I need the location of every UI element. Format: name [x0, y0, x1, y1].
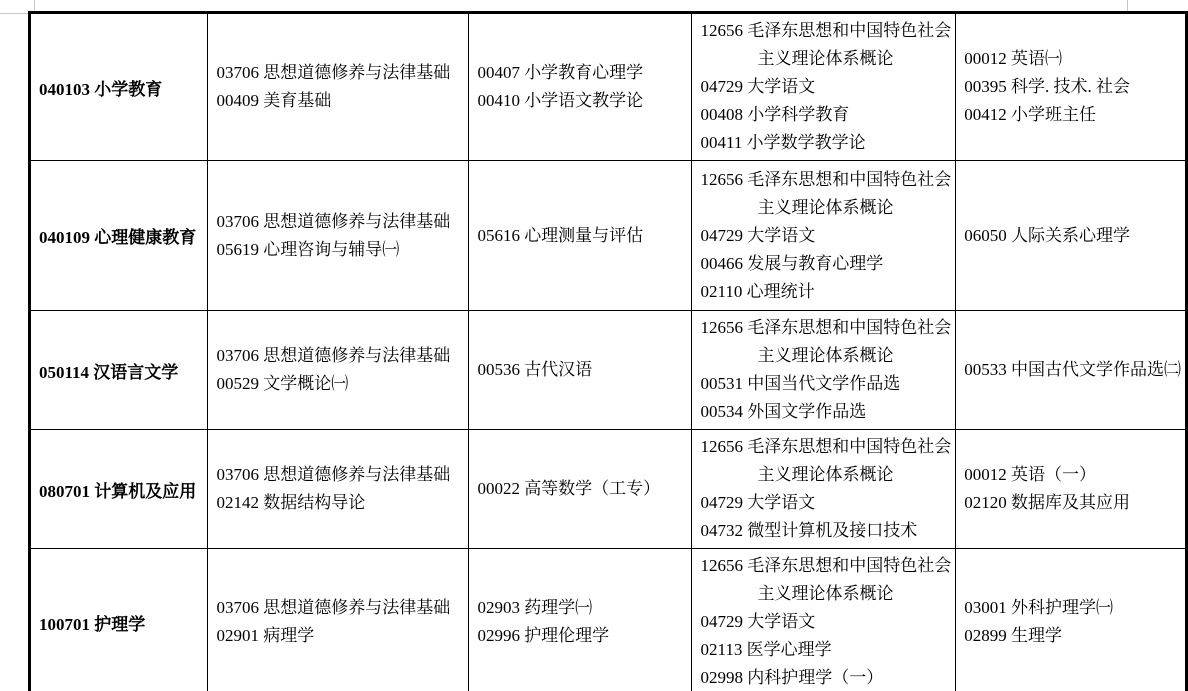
course-line: 02113 医学心理学 — [700, 636, 951, 664]
course-line: 00395 科学. 技术. 社会 — [964, 73, 1181, 101]
course-line: 02901 病理学 — [216, 622, 464, 650]
course-line: 05616 心理测量与评估 — [477, 222, 687, 250]
course-list-cell: 00536 古代汉语 — [469, 311, 692, 430]
course-line: 00022 高等数学（工专） — [477, 475, 687, 503]
course-line: 06050 人际关系心理学 — [964, 222, 1181, 250]
course-list-cell: 12656 毛泽东思想和中国特色社会主义理论体系概论04729 大学语文0046… — [692, 161, 956, 311]
major-cell: 050114 汉语言文学 — [30, 311, 208, 430]
course-list-cell: 12656 毛泽东思想和中国特色社会主义理论体系概论04729 大学语文0040… — [692, 13, 956, 161]
course-line: 03706 思想道德修养与法律基础 — [216, 208, 464, 236]
course-line: 02903 药理学㈠ — [477, 594, 687, 622]
course-list-cell: 05616 心理测量与评估 — [469, 161, 692, 311]
course-line: 02998 内科护理学（一） — [700, 664, 951, 691]
course-line: 12656 毛泽东思想和中国特色社会 — [700, 552, 951, 580]
course-line: 12656 毛泽东思想和中国特色社会 — [700, 433, 951, 461]
course-line: 04729 大学语文 — [700, 608, 951, 636]
course-list-cell: 00022 高等数学（工专） — [469, 430, 692, 549]
table-row: 040103 小学教育 03706 思想道德修养与法律基础00409 美育基础 … — [30, 13, 1187, 161]
course-line: 00466 发展与教育心理学 — [700, 250, 951, 278]
course-line: 00012 英语（一） — [964, 461, 1181, 489]
exam-schedule-table: 040103 小学教育 03706 思想道德修养与法律基础00409 美育基础 … — [28, 11, 1188, 691]
course-list-cell: 00012 英语㈠00395 科学. 技术. 社会00412 小学班主任 — [956, 13, 1187, 161]
course-list-cell: 03706 思想道德修养与法律基础05619 心理咨询与辅导㈠ — [208, 161, 469, 311]
document-page: 040103 小学教育 03706 思想道德修养与法律基础00409 美育基础 … — [0, 0, 1188, 691]
course-line: 00411 小学数学教学论 — [700, 129, 951, 157]
course-line-continuation: 主义理论体系概论 — [757, 461, 951, 489]
course-line: 03706 思想道德修养与法律基础 — [216, 59, 464, 87]
course-line: 00534 外国文学作品选 — [700, 398, 951, 426]
course-line: 00409 美育基础 — [216, 87, 464, 115]
course-line: 02120 数据库及其应用 — [964, 489, 1181, 517]
course-line: 04729 大学语文 — [700, 73, 951, 101]
course-line: 02142 数据结构导论 — [216, 489, 464, 517]
course-line: 03706 思想道德修养与法律基础 — [216, 461, 464, 489]
course-line: 03001 外科护理学㈠ — [964, 594, 1181, 622]
course-list-cell: 00407 小学教育心理学00410 小学语文教学论 — [469, 13, 692, 161]
course-line: 12656 毛泽东思想和中国特色社会 — [700, 166, 951, 194]
course-line: 00533 中国古代文学作品选㈡ — [964, 356, 1181, 384]
course-line: 00407 小学教育心理学 — [477, 59, 687, 87]
course-line-continuation: 主义理论体系概论 — [757, 194, 951, 222]
course-line: 00529 文学概论㈠ — [216, 370, 464, 398]
course-line-continuation: 主义理论体系概论 — [757, 45, 951, 73]
major-cell: 100701 护理学 — [30, 549, 208, 691]
course-line: 03706 思想道德修养与法律基础 — [216, 594, 464, 622]
course-line-continuation: 主义理论体系概论 — [757, 342, 951, 370]
course-line: 04729 大学语文 — [700, 489, 951, 517]
course-line: 02110 心理统计 — [700, 278, 951, 306]
course-list-cell: 03706 思想道德修养与法律基础02901 病理学 — [208, 549, 469, 691]
course-line: 02899 生理学 — [964, 622, 1181, 650]
gridline-artifact-horizontal — [0, 13, 31, 14]
course-line: 00536 古代汉语 — [477, 356, 687, 384]
course-line: 00531 中国当代文学作品选 — [700, 370, 951, 398]
course-line: 00412 小学班主任 — [964, 101, 1181, 129]
major-cell: 040109 心理健康教育 — [30, 161, 208, 311]
course-list-cell: 00012 英语（一）02120 数据库及其应用 — [956, 430, 1187, 549]
course-list-cell: 03001 外科护理学㈠02899 生理学 — [956, 549, 1187, 691]
course-list-cell: 12656 毛泽东思想和中国特色社会主义理论体系概论00531 中国当代文学作品… — [692, 311, 956, 430]
course-line: 00012 英语㈠ — [964, 45, 1181, 73]
course-line: 04729 大学语文 — [700, 222, 951, 250]
table-row: 050114 汉语言文学 03706 思想道德修养与法律基础00529 文学概论… — [30, 311, 1187, 430]
course-list-cell: 00533 中国古代文学作品选㈡ — [956, 311, 1187, 430]
course-line: 12656 毛泽东思想和中国特色社会 — [700, 314, 951, 342]
course-list-cell: 03706 思想道德修养与法律基础02142 数据结构导论 — [208, 430, 469, 549]
course-line: 05619 心理咨询与辅导㈠ — [216, 236, 464, 264]
table-row: 100701 护理学 03706 思想道德修养与法律基础02901 病理学 02… — [30, 549, 1187, 691]
course-line: 00410 小学语文教学论 — [477, 87, 687, 115]
table-row: 040109 心理健康教育 03706 思想道德修养与法律基础05619 心理咨… — [30, 161, 1187, 311]
course-list-cell: 03706 思想道德修养与法律基础00529 文学概论㈠ — [208, 311, 469, 430]
course-list-cell: 02903 药理学㈠02996 护理伦理学 — [469, 549, 692, 691]
course-list-cell: 12656 毛泽东思想和中国特色社会主义理论体系概论04729 大学语文0473… — [692, 430, 956, 549]
major-cell: 080701 计算机及应用 — [30, 430, 208, 549]
course-line-continuation: 主义理论体系概论 — [757, 580, 951, 608]
table-row: 080701 计算机及应用 03706 思想道德修养与法律基础02142 数据结… — [30, 430, 1187, 549]
course-list-cell: 03706 思想道德修养与法律基础00409 美育基础 — [208, 13, 469, 161]
course-line: 12656 毛泽东思想和中国特色社会 — [700, 17, 951, 45]
course-line: 00408 小学科学教育 — [700, 101, 951, 129]
course-list-cell: 06050 人际关系心理学 — [956, 161, 1187, 311]
major-cell: 040103 小学教育 — [30, 13, 208, 161]
course-line: 03706 思想道德修养与法律基础 — [216, 342, 464, 370]
course-line: 04732 微型计算机及接口技术 — [700, 517, 951, 545]
course-line: 02996 护理伦理学 — [477, 622, 687, 650]
course-list-cell: 12656 毛泽东思想和中国特色社会主义理论体系概论04729 大学语文0211… — [692, 549, 956, 691]
